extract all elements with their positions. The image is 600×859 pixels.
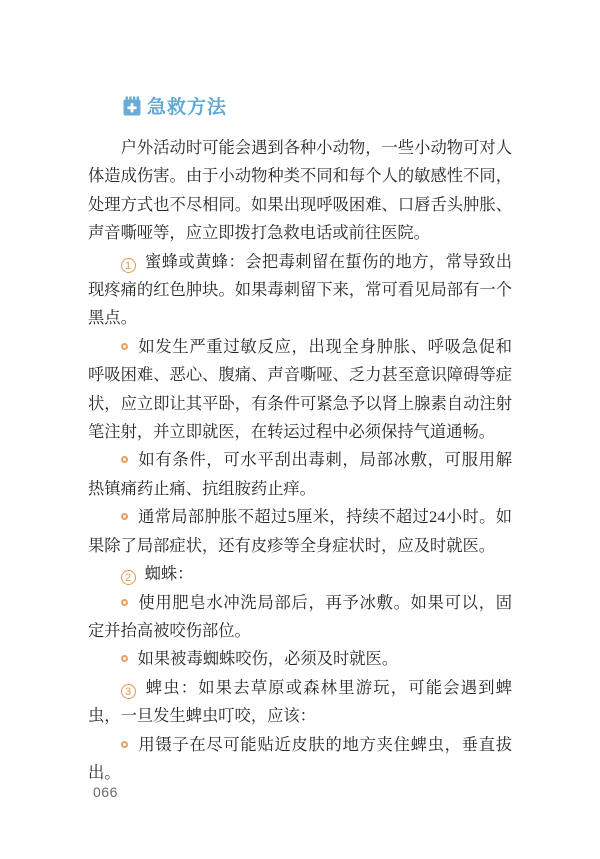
list-item: 使用肥皂水冲洗局部后，再予冰敷。如果可以，固定并抬高被咬伤部位。 <box>88 589 512 646</box>
page-number: 066 <box>93 784 118 800</box>
list-item-text: 蜱虫：如果去草原或森林里游玩，可能会遇到蜱虫，一旦发生蜱虫叮咬，应该： <box>88 678 512 725</box>
list-item: 如果被毒蜘蛛咬伤，必须及时就医。 <box>88 645 512 673</box>
list-item-text: 通常局部肿胀不超过5厘米，持续不超过24小时。如果除了局部症状，还有皮疹等全身症… <box>88 507 512 554</box>
list-item-text: 如发生严重过敏反应，出现全身肿胀、呼吸急促和呼吸困难、恶心、腹痛、声音嘶哑、乏力… <box>88 337 512 441</box>
intro-text: 户外活动时可能会遇到各种小动物，一些小动物可对人体造成伤害。由于小动物种类不同和… <box>88 138 512 242</box>
list-item-text: 如有条件，可水平刮出毒刺，局部冰敷，可服用解热镇痛药止痛、抗组胺药止痒。 <box>88 450 512 497</box>
circled-number-icon: 1 <box>121 258 136 273</box>
list-item-text: 蜜蜂或黄蜂：会把毒刺留在蜇伤的地方，常导致出现疼痛的红色肿块。如果毒刺留下来，常… <box>88 252 512 328</box>
list-item: 用镊子在尽可能贴近皮肤的地方夹住蜱虫，垂直拔出。 <box>88 731 512 788</box>
list-item: 通常局部肿胀不超过5厘米，持续不超过24小时。如果除了局部症状，还有皮疹等全身症… <box>88 503 512 560</box>
ring-bullet-icon <box>121 741 128 748</box>
circled-number-icon: 2 <box>121 570 136 585</box>
first-aid-kit-icon <box>123 96 141 116</box>
ring-bullet-icon <box>121 513 128 520</box>
list-item-text: 如果被毒蜘蛛咬伤，必须及时就医。 <box>138 649 399 668</box>
ring-bullet-icon <box>121 599 128 606</box>
list-item: 1蜜蜂或黄蜂：会把毒刺留在蜇伤的地方，常导致出现疼痛的红色肿块。如果毒刺留下来，… <box>88 248 512 333</box>
book-page: 急救方法 户外活动时可能会遇到各种小动物，一些小动物可对人体造成伤害。由于小动物… <box>0 0 600 859</box>
section-title-text: 急救方法 <box>147 92 227 119</box>
ring-bullet-icon <box>121 343 128 350</box>
list-item: 如有条件，可水平刮出毒刺，局部冰敷，可服用解热镇痛药止痛、抗组胺药止痒。 <box>88 446 512 503</box>
list-item-text: 用镊子在尽可能贴近皮肤的地方夹住蜱虫，垂直拔出。 <box>88 735 512 782</box>
circled-number-icon: 3 <box>121 684 136 699</box>
list-item-text: 使用肥皂水冲洗局部后，再予冰敷。如果可以，固定并抬高被咬伤部位。 <box>88 593 512 640</box>
page-content: 急救方法 户外活动时可能会遇到各种小动物，一些小动物可对人体造成伤害。由于小动物… <box>88 92 512 787</box>
list-item-text: 蜘蛛： <box>145 564 194 583</box>
section-title: 急救方法 <box>123 92 512 119</box>
list-item: 如发生严重过敏反应，出现全身肿胀、呼吸急促和呼吸困难、恶心、腹痛、声音嘶哑、乏力… <box>88 333 512 447</box>
intro-paragraph: 户外活动时可能会遇到各种小动物，一些小动物可对人体造成伤害。由于小动物种类不同和… <box>88 134 512 248</box>
list-item: 2蜘蛛： <box>88 560 512 588</box>
ring-bullet-icon <box>121 655 128 662</box>
list-item: 3蜱虫：如果去草原或森林里游玩，可能会遇到蜱虫，一旦发生蜱虫叮咬，应该： <box>88 674 512 731</box>
ring-bullet-icon <box>121 456 128 463</box>
